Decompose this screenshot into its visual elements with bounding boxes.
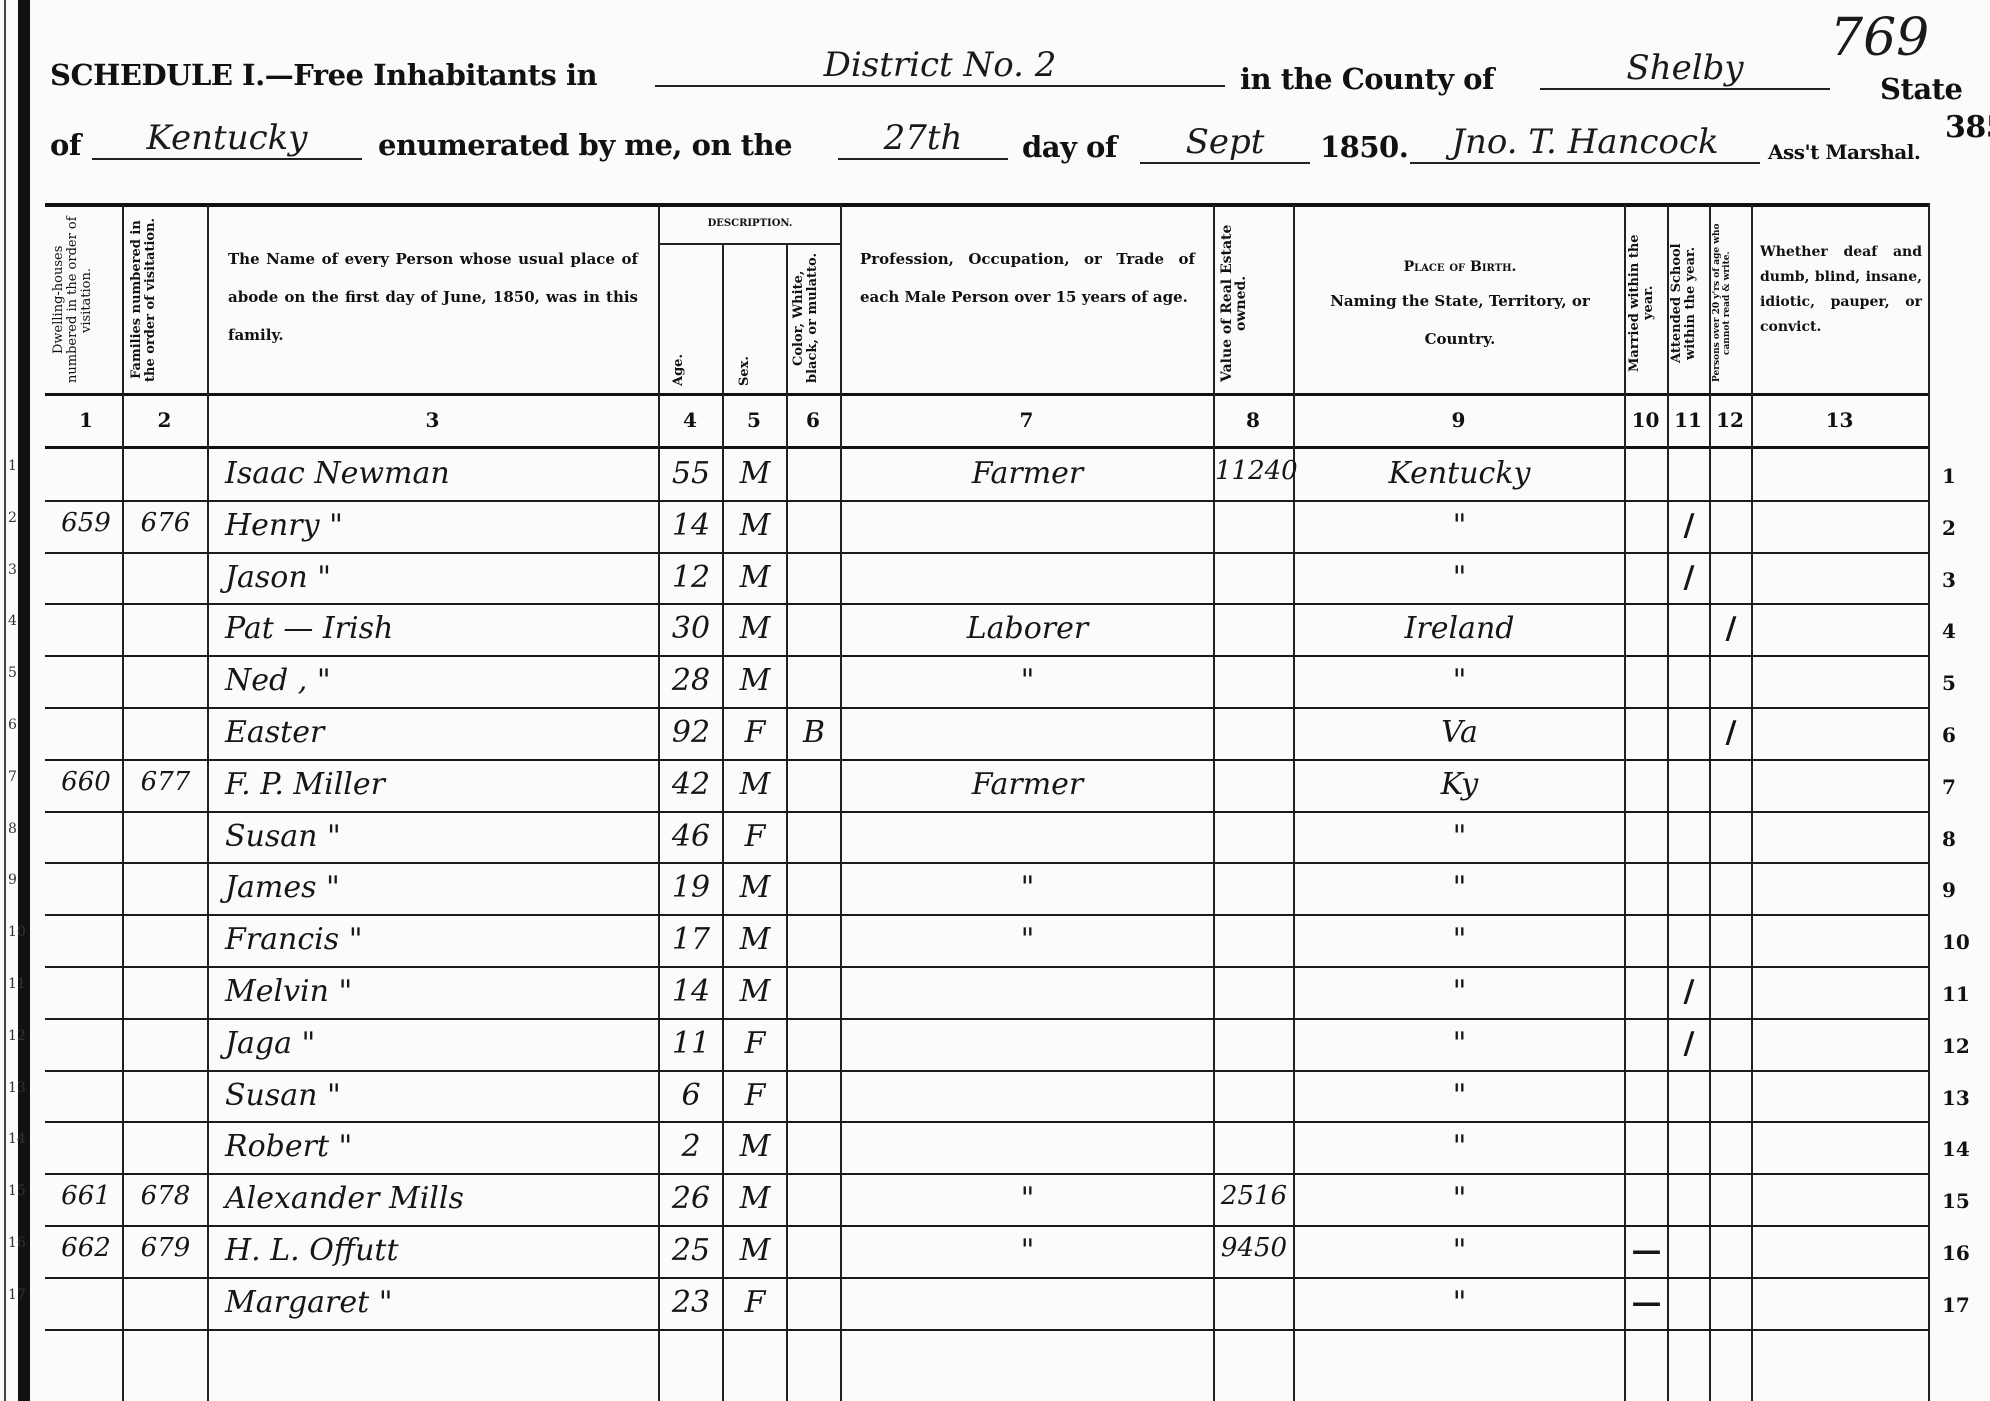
schedule-label: SCHEDULE I.—Free Inhabitants in bbox=[50, 58, 597, 92]
left-line-number: 3 bbox=[8, 562, 17, 578]
left-line-number: 5 bbox=[8, 665, 17, 681]
marshal-label: Ass't Marshal. bbox=[1768, 140, 1920, 164]
header-birthplace: Naming the State, Territory, or Country. bbox=[1330, 282, 1590, 358]
left-line-number: 16 bbox=[8, 1235, 26, 1251]
age: 6 bbox=[660, 1078, 722, 1113]
col-divider bbox=[840, 205, 842, 1401]
line-number: 12 bbox=[1942, 1034, 1970, 1058]
header-dwelling: Dwelling-houses numbered in the order of… bbox=[52, 212, 118, 388]
birthplace: " bbox=[1295, 1129, 1624, 1164]
line-number: 16 bbox=[1942, 1241, 1970, 1265]
occupation: " bbox=[842, 1181, 1213, 1216]
col-divider bbox=[1213, 205, 1215, 1401]
colnum-6: 6 bbox=[786, 408, 840, 432]
state-label: State bbox=[1880, 72, 1962, 106]
sex: M bbox=[724, 1233, 786, 1268]
person-name: Melvin " bbox=[225, 974, 655, 1009]
birthplace: " bbox=[1295, 819, 1624, 854]
district-field: District No. 2 bbox=[655, 45, 1225, 87]
header-sex: Sex. bbox=[738, 250, 778, 386]
line-number: 3 bbox=[1942, 568, 1956, 592]
month-field: Sept bbox=[1140, 122, 1310, 164]
header-age: Age. bbox=[672, 250, 712, 386]
left-line-number: 8 bbox=[8, 821, 17, 837]
occupation: " bbox=[842, 870, 1213, 905]
illiterate-mark: / bbox=[1711, 715, 1751, 750]
col-divider bbox=[1624, 205, 1626, 1401]
stamp-number: 769 bbox=[1830, 8, 1929, 68]
left-line-number: 4 bbox=[8, 613, 17, 629]
header-bottom-border bbox=[45, 393, 1930, 396]
age: 25 bbox=[660, 1233, 722, 1268]
age: 11 bbox=[660, 1026, 722, 1061]
birthplace: Ireland bbox=[1295, 611, 1624, 646]
married-mark: — bbox=[1626, 1233, 1667, 1268]
colnum-5: 5 bbox=[722, 408, 786, 432]
person-name: Robert " bbox=[225, 1129, 655, 1164]
colnum-9: 9 bbox=[1293, 408, 1624, 432]
occupation: " bbox=[842, 922, 1213, 957]
age: 42 bbox=[660, 767, 722, 802]
person-name: Jaga " bbox=[225, 1026, 655, 1061]
line-number: 1 bbox=[1942, 464, 1956, 488]
person-name: Isaac Newman bbox=[225, 456, 655, 491]
line-number: 4 bbox=[1942, 619, 1956, 643]
person-name: Henry " bbox=[225, 508, 655, 543]
table-right-border bbox=[1928, 203, 1930, 1401]
sex: M bbox=[724, 767, 786, 802]
line-number: 14 bbox=[1942, 1137, 1970, 1161]
left-line-number: 1 bbox=[8, 458, 17, 474]
age: 46 bbox=[660, 819, 722, 854]
school-mark: / bbox=[1669, 1026, 1709, 1061]
line-number: 7 bbox=[1942, 775, 1956, 799]
row-divider bbox=[45, 966, 1930, 968]
left-line-number: 17 bbox=[8, 1287, 26, 1303]
sex: F bbox=[724, 1285, 786, 1320]
birthplace: Kentucky bbox=[1295, 456, 1624, 491]
sex: F bbox=[724, 715, 786, 750]
row-divider bbox=[45, 552, 1930, 554]
col-divider bbox=[207, 205, 209, 1401]
marshal-signature: Jno. T. Hancock bbox=[1410, 122, 1760, 164]
birthplace: " bbox=[1295, 1078, 1624, 1113]
family-number: 679 bbox=[124, 1233, 207, 1263]
header-description-group: DESCRIPTION. bbox=[660, 218, 840, 229]
age: 12 bbox=[660, 560, 722, 595]
col-divider bbox=[1667, 205, 1669, 1401]
header-occupation: Profession, Occupation, or Trade of each… bbox=[860, 240, 1195, 316]
header-illiterate: Persons over 20 y'rs of age who cannot r… bbox=[1712, 218, 1748, 388]
married-mark: — bbox=[1626, 1285, 1667, 1320]
birthplace: Ky bbox=[1295, 767, 1624, 802]
header-real-estate: Value of Real Estate owned. bbox=[1220, 218, 1286, 388]
left-line-number: 6 bbox=[8, 717, 17, 733]
age: 19 bbox=[660, 870, 722, 905]
color: B bbox=[788, 715, 840, 750]
person-name: Susan " bbox=[225, 1078, 655, 1113]
occupation: " bbox=[842, 663, 1213, 698]
family-number: 677 bbox=[124, 767, 207, 797]
line-number: 15 bbox=[1942, 1189, 1970, 1213]
sex: M bbox=[724, 922, 786, 957]
county-label: in the County of bbox=[1240, 62, 1494, 96]
state-field: Kentucky bbox=[92, 118, 362, 160]
birthplace: " bbox=[1295, 922, 1624, 957]
occupation: " bbox=[842, 1233, 1213, 1268]
row-divider bbox=[45, 1018, 1930, 1020]
header-married: Married within the year. bbox=[1628, 218, 1664, 388]
sex: M bbox=[724, 560, 786, 595]
page-number: 385 bbox=[1945, 110, 1990, 145]
birthplace: " bbox=[1295, 663, 1624, 698]
age: 92 bbox=[660, 715, 722, 750]
row-divider bbox=[45, 759, 1930, 761]
person-name: Alexander Mills bbox=[225, 1181, 655, 1216]
sex: M bbox=[724, 1181, 786, 1216]
age: 17 bbox=[660, 922, 722, 957]
occupation: Laborer bbox=[842, 611, 1213, 646]
left-line-number: 10 bbox=[8, 924, 26, 940]
colnum-1: 1 bbox=[50, 408, 122, 432]
age: 14 bbox=[660, 974, 722, 1009]
dwelling-number: 659 bbox=[50, 508, 122, 538]
person-name: Susan " bbox=[225, 819, 655, 854]
left-line-number: 2 bbox=[8, 510, 17, 526]
row-divider bbox=[45, 1225, 1930, 1227]
colnum-8: 8 bbox=[1213, 408, 1293, 432]
occupation: Farmer bbox=[842, 456, 1213, 491]
age: 26 bbox=[660, 1181, 722, 1216]
colnum-10: 10 bbox=[1624, 408, 1667, 432]
person-name: Pat — Irish bbox=[225, 611, 655, 646]
family-number: 676 bbox=[124, 508, 207, 538]
age: 30 bbox=[660, 611, 722, 646]
person-name: Jason " bbox=[225, 560, 655, 595]
sex: M bbox=[724, 508, 786, 543]
left-line-number: 7 bbox=[8, 769, 17, 785]
illiterate-mark: / bbox=[1711, 611, 1751, 646]
col-divider bbox=[1751, 205, 1753, 1401]
person-name: Francis " bbox=[225, 922, 655, 957]
colnum-4: 4 bbox=[658, 408, 722, 432]
sex: F bbox=[724, 1026, 786, 1061]
left-line-number: 14 bbox=[8, 1131, 26, 1147]
of-label: of bbox=[50, 128, 81, 162]
row-divider bbox=[45, 655, 1930, 657]
day-of-label: day of bbox=[1022, 130, 1117, 164]
school-mark: / bbox=[1669, 560, 1709, 595]
person-name: James " bbox=[225, 870, 655, 905]
county-field: Shelby bbox=[1540, 48, 1830, 90]
age: 23 bbox=[660, 1285, 722, 1320]
column-number-border bbox=[45, 446, 1930, 449]
left-line-number: 12 bbox=[8, 1028, 26, 1044]
birthplace: " bbox=[1295, 1181, 1624, 1216]
row-divider bbox=[45, 1070, 1930, 1072]
line-number: 5 bbox=[1942, 671, 1956, 695]
col-divider bbox=[1709, 205, 1711, 1401]
enumerated-label: enumerated by me, on the bbox=[378, 128, 792, 162]
sex: M bbox=[724, 456, 786, 491]
family-number: 678 bbox=[124, 1181, 207, 1211]
col-divider bbox=[122, 205, 124, 1401]
header-family: Families numbered in the order of visita… bbox=[130, 212, 202, 388]
header-condition: Whether deaf and dumb, blind, insane, id… bbox=[1760, 240, 1922, 340]
line-number: 8 bbox=[1942, 827, 1956, 851]
col-divider bbox=[1293, 205, 1295, 1401]
birthplace: " bbox=[1295, 1285, 1624, 1320]
line-number: 10 bbox=[1942, 930, 1970, 954]
birthplace: " bbox=[1295, 560, 1624, 595]
colnum-11: 11 bbox=[1667, 408, 1709, 432]
row-divider bbox=[45, 914, 1930, 916]
header-birthplace-title: Place of Birth. bbox=[1310, 248, 1610, 286]
row-divider bbox=[45, 707, 1930, 709]
description-group-divider bbox=[658, 243, 840, 245]
day-field: 27th bbox=[838, 118, 1008, 160]
left-line-number: 13 bbox=[8, 1080, 26, 1096]
real-estate-value: 11240 bbox=[1215, 456, 1293, 486]
header-school: Attended School within the year. bbox=[1670, 218, 1706, 388]
row-divider bbox=[45, 1121, 1930, 1123]
line-number: 6 bbox=[1942, 723, 1956, 747]
real-estate-value: 2516 bbox=[1215, 1181, 1293, 1211]
left-line-number: 15 bbox=[8, 1183, 26, 1199]
school-mark: / bbox=[1669, 508, 1709, 543]
age: 28 bbox=[660, 663, 722, 698]
dwelling-number: 660 bbox=[50, 767, 122, 797]
birthplace: " bbox=[1295, 508, 1624, 543]
left-line-number: 9 bbox=[8, 872, 17, 888]
line-number: 17 bbox=[1942, 1293, 1970, 1317]
birthplace: " bbox=[1295, 1233, 1624, 1268]
real-estate-value: 9450 bbox=[1215, 1233, 1293, 1263]
occupation: Farmer bbox=[842, 767, 1213, 802]
birthplace: Va bbox=[1295, 715, 1624, 750]
sex: M bbox=[724, 1129, 786, 1164]
school-mark: / bbox=[1669, 974, 1709, 1009]
left-line-number: 11 bbox=[8, 976, 26, 992]
colnum-7: 7 bbox=[840, 408, 1213, 432]
age: 14 bbox=[660, 508, 722, 543]
person-name: F. P. Miller bbox=[225, 767, 655, 802]
sex: M bbox=[724, 611, 786, 646]
page-edge-line bbox=[4, 0, 6, 1401]
person-name: Margaret " bbox=[225, 1285, 655, 1320]
age: 2 bbox=[660, 1129, 722, 1164]
age: 55 bbox=[660, 456, 722, 491]
sex: F bbox=[724, 819, 786, 854]
sex: M bbox=[724, 974, 786, 1009]
header-color: Color, White, black, or mulatto. bbox=[792, 250, 836, 386]
colnum-13: 13 bbox=[1751, 408, 1928, 432]
birthplace: " bbox=[1295, 974, 1624, 1009]
row-divider bbox=[45, 500, 1930, 502]
birthplace: " bbox=[1295, 870, 1624, 905]
header-name: The Name of every Person whose usual pla… bbox=[228, 240, 638, 354]
colnum-3: 3 bbox=[207, 408, 658, 432]
year-label: 1850. bbox=[1320, 130, 1408, 164]
line-number: 2 bbox=[1942, 516, 1956, 540]
line-number: 9 bbox=[1942, 878, 1956, 902]
sex: M bbox=[724, 663, 786, 698]
sex: M bbox=[724, 870, 786, 905]
birthplace: " bbox=[1295, 1026, 1624, 1061]
row-divider bbox=[45, 862, 1930, 864]
person-name: Easter bbox=[225, 715, 655, 750]
line-number: 11 bbox=[1942, 982, 1970, 1006]
person-name: H. L. Offutt bbox=[225, 1233, 655, 1268]
col-divider bbox=[658, 205, 660, 1401]
row-divider bbox=[45, 1277, 1930, 1279]
row-divider bbox=[45, 603, 1930, 605]
table-top-border bbox=[45, 203, 1930, 207]
colnum-2: 2 bbox=[122, 408, 207, 432]
row-divider bbox=[45, 1329, 1930, 1331]
dwelling-number: 661 bbox=[50, 1181, 122, 1211]
person-name: Ned , " bbox=[225, 663, 655, 698]
dwelling-number: 662 bbox=[50, 1233, 122, 1263]
colnum-12: 12 bbox=[1709, 408, 1751, 432]
line-number: 13 bbox=[1942, 1086, 1970, 1110]
row-divider bbox=[45, 811, 1930, 813]
sex: F bbox=[724, 1078, 786, 1113]
row-divider bbox=[45, 1173, 1930, 1175]
